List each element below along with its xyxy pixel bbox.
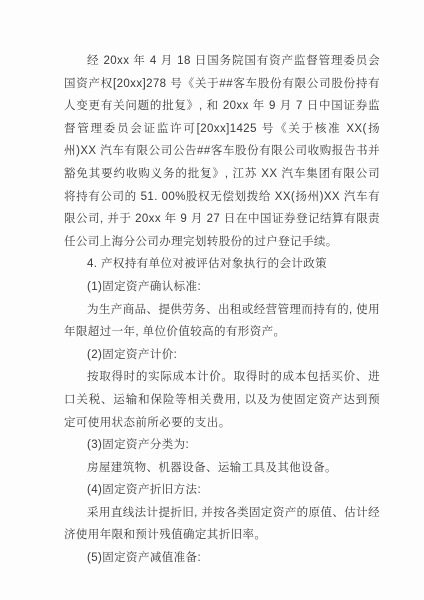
doc-paragraph-valuation-detail: 按取得时的实际成本计价。取得时的成本包括买价、进口关税、运输和保险等相关费用, … xyxy=(64,366,380,434)
doc-paragraph-depreciation-detail: 采用直线法计提折旧, 并按各类固定资产的原值、估计经济使用年限和预计残值确定其折… xyxy=(64,502,380,547)
doc-subheading-fixed-asset-recognition: (1)固定资产确认标准: xyxy=(64,276,380,299)
doc-paragraph-recognition-detail: 为生产商品、提供劳务、出租或经营管理而持有的, 使用年限超过一年, 单位价值较高… xyxy=(64,299,380,344)
doc-subheading-fixed-asset-valuation: (2)固定资产计价: xyxy=(64,344,380,367)
doc-paragraph-classification-detail: 房屋建筑物、机器设备、运输工具及其他设备。 xyxy=(64,457,380,480)
doc-subheading-impairment-provision: (5)固定资产减值准备: xyxy=(64,547,380,570)
doc-paragraph-approval-history: 经 20xx 年 4 月 18 日国务院国有资产监督管理委员会国资产权[20xx… xyxy=(64,50,380,253)
doc-subheading-depreciation-method: (4)固定资产折旧方法: xyxy=(64,479,380,502)
document-page: 经 20xx 年 4 月 18 日国务院国有资产监督管理委员会国资产权[20xx… xyxy=(0,0,424,600)
doc-subheading-fixed-asset-classification: (3)固定资产分类为: xyxy=(64,434,380,457)
doc-heading-accounting-policy: 4. 产权持有单位对被评估对象执行的会计政策 xyxy=(64,253,380,276)
